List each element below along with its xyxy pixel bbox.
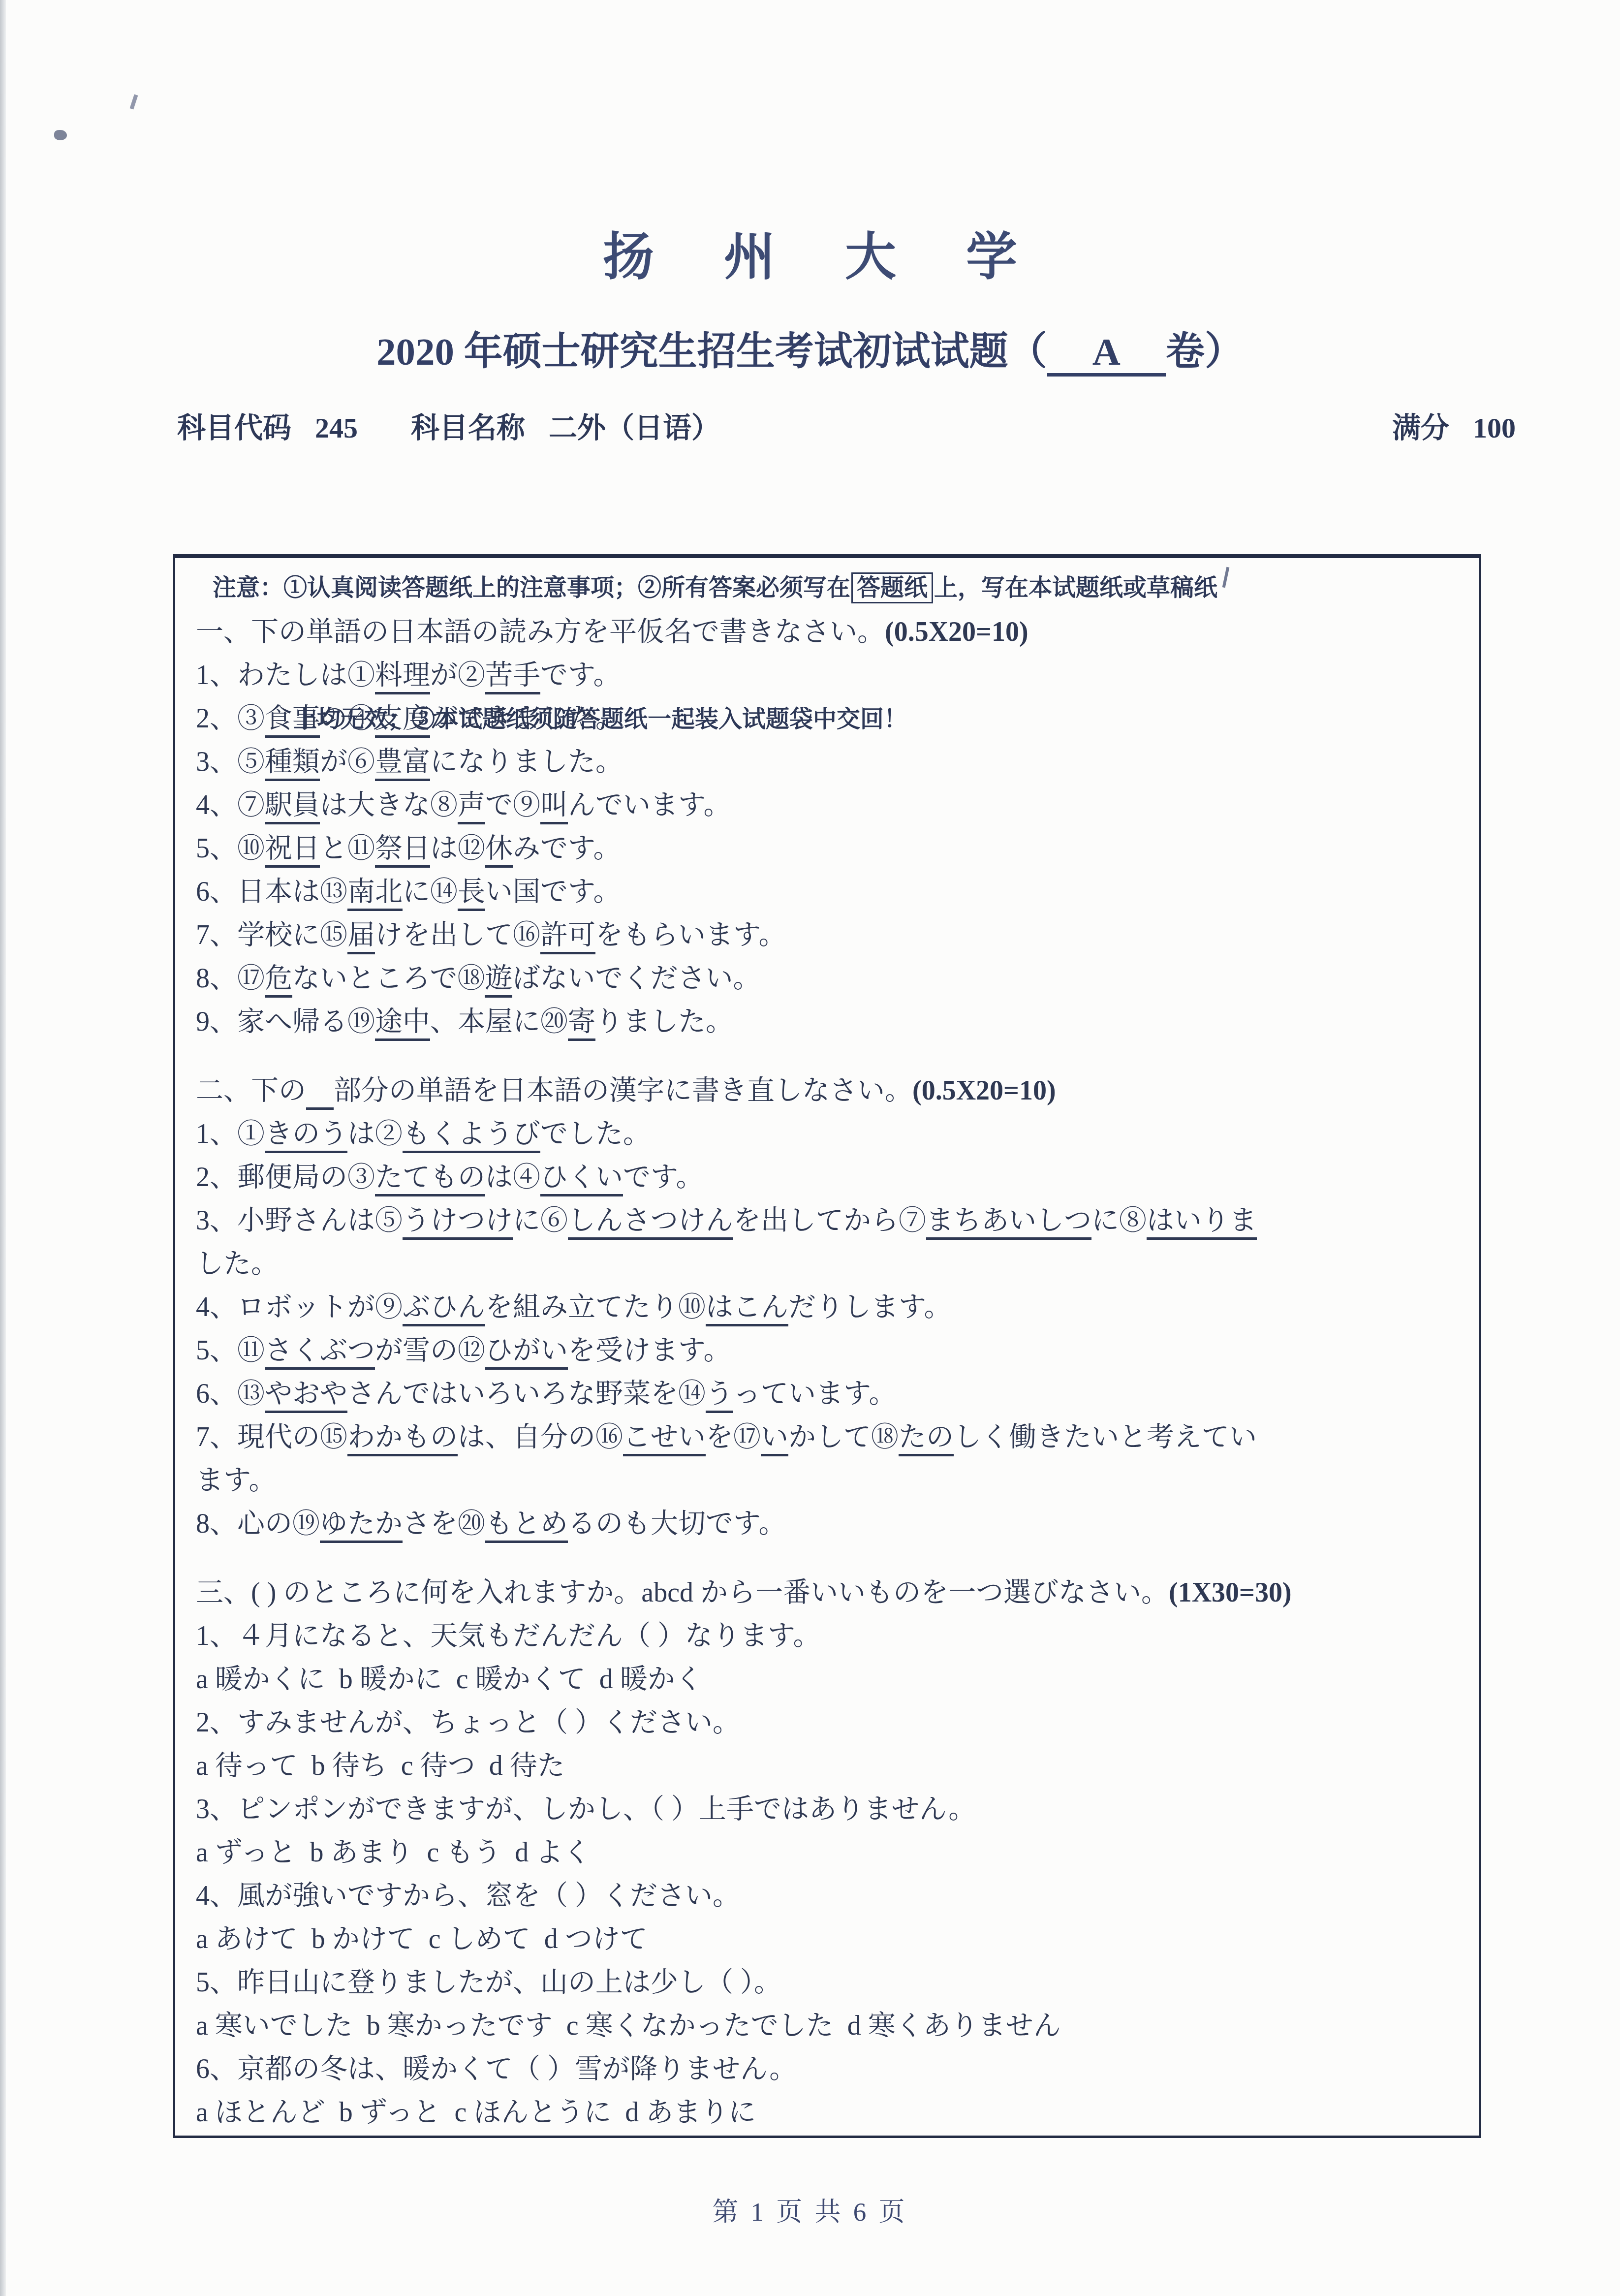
subject-name-value: 二外（日语） [549, 412, 720, 444]
subject-code-value: 245 [315, 412, 358, 444]
text-run: a 待って b 待ち c 待つ d 待た [196, 1751, 565, 1781]
exam-paper-page: 扬 州 大 学 2020 年硕士研究生招生考试初试试题（A卷） 科目代码245科… [0, 0, 1620, 2296]
text-run: a 寒いでした b 寒かったです c 寒くなかったでした d 寒くありません [196, 2011, 1061, 2041]
text-run: (0.5X20=10) [912, 1075, 1056, 1106]
text-run: ます。 [196, 1465, 277, 1496]
text-run: は⑫ [430, 833, 485, 864]
question-line: 5、⑪さくぶつが雪の⑫ひがいを受けます。 [196, 1329, 1464, 1372]
text-run: さを⑳ [403, 1509, 485, 1539]
underlined-term: 種類 [265, 747, 320, 781]
underlined-term: 寄 [568, 1006, 595, 1041]
text-run: を⑰ [706, 1422, 761, 1452]
question-line: 3、ピンポンができますが、しかし、（ ）上手ではありません。 [196, 1788, 1464, 1831]
text-run: 3、小野さんは⑤ [196, 1205, 403, 1236]
full-score-value: 100 [1473, 412, 1516, 444]
text-run: (1X30=30) [1169, 1577, 1292, 1608]
text-run: 8、心の⑲ [196, 1509, 320, 1539]
text-run: けを出して⑯ [375, 920, 540, 950]
subtitle-suffix: 卷） [1166, 331, 1244, 374]
underlined-term: 食事 [265, 703, 320, 738]
text-run: さんではいろいろな野菜を⑭ [347, 1379, 706, 1409]
text-run: で⑨ [485, 790, 540, 820]
text-run: した。 [196, 1249, 279, 1279]
question-line: 6、⑬やおやさんではいろいろな野菜を⑭うっています。 [196, 1372, 1464, 1415]
question-line: 4、ロボットが⑨ぶひんを組み立てたり⑩はこんだりします。 [196, 1286, 1464, 1329]
text-run: 3、ピンポンができますが、しかし、（ ）上手ではありません。 [196, 1794, 976, 1824]
text-run: ばないでください。 [512, 963, 760, 994]
underlined-term: やおや [265, 1379, 347, 1413]
exam-subtitle: 2020 年硕士研究生招生考试初试试题（A卷） [0, 320, 1620, 377]
underlined-term: 祭日 [375, 833, 430, 868]
text-run: 3、⑤ [196, 747, 265, 777]
question-line: 4、風が強いですから、窓を（ ）ください。 [196, 1874, 1464, 1918]
text-run: a 暖かくに b 暖かに c 暖かくて d 暖かく [196, 1664, 703, 1695]
underlined-term: ひがい [485, 1335, 568, 1370]
text-run: と⑪ [320, 833, 375, 864]
question-line: a ほとんど b ずっと c ほんとうに d あまりに [196, 2091, 1464, 2134]
text-run: に⑧ [1091, 1205, 1147, 1236]
underlined-term: う [706, 1379, 733, 1413]
question-line: a 待って b 待ち c 待つ d 待た [196, 1744, 1464, 1788]
underlined-term: しんさつけん [568, 1205, 733, 1240]
underlined-term: 長 [458, 877, 485, 911]
text-run: になりました。 [430, 747, 623, 777]
text-run: a ほとんど b ずっと c ほんとうに d あまりに [196, 2097, 756, 2128]
underlined-term: 許可 [540, 920, 595, 954]
question-line: 8、⑰危ないところで⑱遊ばないでください。 [196, 957, 1464, 1000]
question-line: 1、わたしは①料理が②苦手です。 [196, 654, 1464, 697]
subtitle-prefix: 2020 年硕士研究生招生考试初试试题（ [376, 331, 1047, 374]
question-line: した。 [196, 1242, 1464, 1286]
text-run: 三、( ) のところに何を入れますか。abcd から一番いいものを一つ選びなさい… [196, 1577, 1169, 1608]
question-line: 9、家へ帰る⑲途中、本屋に⑳寄りました。 [196, 1000, 1464, 1043]
subject-meta-row: 科目代码245科目名称二外（日语） 满分100 [177, 405, 1516, 446]
text-run: 4、⑦ [196, 790, 265, 820]
text-run: 5、⑪ [196, 1335, 265, 1366]
text-run: 1、わたしは① [196, 660, 375, 691]
underlined-term: 休 [485, 833, 513, 868]
paper-type-blank: A [1047, 332, 1166, 377]
text-run: ないところで⑱ [292, 963, 485, 994]
text-run: るのも大切です。 [568, 1509, 786, 1539]
text-run: んでいます。 [568, 790, 731, 820]
text-run: 部分の単語を日本語の漢字に書き直しなさい。 [334, 1075, 912, 1106]
text-run: かして⑱ [788, 1422, 899, 1452]
question-line: 8、心の⑲ゆたかさを⑳もとめるのも大切です。 [196, 1502, 1464, 1545]
underlined-term: きのう [265, 1119, 347, 1153]
text-run: 一、下の単語の日本語の読み方を平仮名で書きなさい。 [196, 617, 885, 647]
subject-meta-left: 科目代码245科目名称二外（日语） [177, 405, 720, 446]
text-run: の④ [320, 703, 375, 734]
text-run: い国です。 [485, 877, 621, 907]
text-run: 7、学校に⑮ [196, 920, 347, 950]
question-line: 2、すみませんが、ちょっと（ ）ください。 [196, 1701, 1464, 1744]
text-run: に⑥ [513, 1205, 568, 1236]
underlined-term: 料理 [375, 660, 430, 694]
text-run: 、本屋に⑳ [430, 1006, 568, 1037]
text-run: 6、京都の冬は、暖かくて（ ）雪が降りません。 [196, 2054, 797, 2084]
underlined-term: 南北 [347, 877, 403, 911]
underlined-term: わかもの [347, 1422, 458, 1456]
text-run: は④ [485, 1162, 540, 1193]
text-run: 5、昨日山に登りましたが、山の上は少し（ ）。 [196, 1967, 781, 1998]
question-line: 2、郵便局の③たてものは④ひくいです。 [196, 1156, 1464, 1199]
text-run: っています。 [733, 1379, 897, 1409]
underlined-term: もくようび [403, 1119, 540, 1153]
full-score-label: 满分 [1392, 412, 1449, 444]
underlined-term: 苦手 [485, 660, 540, 694]
underlined-term: もとめ [485, 1509, 568, 1543]
text-run: をもらいます。 [595, 920, 786, 950]
text-run: です。 [540, 660, 621, 691]
text-run: 6、⑬ [196, 1379, 265, 1409]
underlined-term: 途中 [375, 1006, 430, 1041]
text-run: を受けます。 [568, 1335, 731, 1366]
underlined-term: たの [899, 1422, 954, 1456]
text-run: 4、風が強いですから、窓を（ ）ください。 [196, 1881, 740, 1911]
underlined-term: 支度 [375, 703, 430, 738]
text-run: 2、すみませんが、ちょっと（ ）ください。 [196, 1707, 740, 1738]
question-line: ます。 [196, 1459, 1464, 1502]
text-run: です。 [623, 1162, 704, 1193]
text-run: (0.5X20=10) [885, 617, 1028, 647]
question-line: a 暖かくに b 暖かに c 暖かくて d 暖かく [196, 1658, 1464, 1701]
text-run: を出してから⑦ [733, 1205, 926, 1236]
scan-artifact-tick [130, 94, 138, 109]
question-line: 6、京都の冬は、暖かくて（ ）雪が降りません。 [196, 2047, 1464, 2091]
underlined-term: 危 [265, 963, 292, 998]
text-run: 8、⑰ [196, 963, 265, 994]
text-run: 5、⑩ [196, 833, 265, 864]
text-run: だりします。 [788, 1292, 952, 1322]
question-line: a ずっと b あまり c もう d よく [196, 1831, 1464, 1874]
underlined-term: 遊 [485, 963, 512, 998]
question-line: 5、⑩祝日と⑪祭日は⑫休みです。 [196, 827, 1464, 870]
underlined-term: うけつけ [403, 1205, 513, 1240]
question-content-box: 一、下の単語の日本語の読み方を平仮名で書きなさい。(0.5X20=10)1、わた… [173, 554, 1481, 2138]
text-run: 4、ロボットが⑨ [196, 1292, 403, 1322]
underlined-term: はこん [706, 1292, 788, 1326]
question-line: 3、小野さんは⑤うけつけに⑥しんさつけんを出してから⑦まちあいしつに⑧はいりま [196, 1199, 1464, 1242]
question-line: 7、現代の⑮わかものは、自分の⑯こせいを⑰いかして⑱たのしく働きたいと考えてい [196, 1415, 1464, 1459]
question-line: 1、４月になると、天気もだんだん（ ）なります。 [196, 1614, 1464, 1658]
text-run: 9、家へ帰る⑲ [196, 1006, 375, 1037]
text-run: を組み立てたり⑩ [485, 1292, 706, 1322]
underlined-term: 豊富 [375, 747, 430, 781]
paper-type-value: A [1092, 331, 1121, 374]
text-run: は② [347, 1119, 403, 1149]
text-run: 1、① [196, 1119, 265, 1149]
question-line: 3、⑤種類が⑥豊富になりました。 [196, 740, 1464, 784]
text-run: ができました。 [430, 703, 623, 734]
text-run: しく働きたいと考えてい [954, 1422, 1257, 1452]
question-line: 4、⑦駅員は大きな⑧声で⑨叫んでいます。 [196, 784, 1464, 827]
question-line: 6、日本は⑬南北に⑭長い国です。 [196, 870, 1464, 913]
text-run: 7、現代の⑮ [196, 1422, 347, 1452]
university-title: 扬 州 大 学 [0, 216, 1620, 289]
underlined-term: い [761, 1422, 788, 1456]
scan-artifact-dot [54, 130, 67, 140]
underlined-term: 叫 [540, 790, 568, 824]
underlined-term: 祝日 [265, 833, 320, 868]
question-line: 7、学校に⑮届けを出して⑯許可をもらいます。 [196, 913, 1464, 957]
text-run: a あけて b かけて c しめて d つけて [196, 1924, 648, 1954]
underlined-term: 声 [458, 790, 485, 824]
text-run: が⑥ [320, 747, 375, 777]
text-run: 2、③ [196, 703, 265, 734]
underlined-term: まちあいしつ [926, 1205, 1091, 1240]
underlined-term: ぶひん [403, 1292, 485, 1326]
text-run: 二、下の [196, 1075, 306, 1106]
underlined-term: ゆたか [320, 1509, 403, 1543]
subject-name-label: 科目名称 [411, 412, 525, 444]
text-run: a ずっと b あまり c もう d よく [196, 1837, 591, 1868]
text-run: 2、郵便局の③ [196, 1162, 375, 1193]
underlined-term: ひくい [540, 1162, 623, 1196]
text-run: みです。 [513, 833, 621, 864]
question-line: 2、③食事の④支度ができました。 [196, 697, 1464, 740]
page-number-footer: 第 1 页 共 6 页 [0, 2191, 1620, 2229]
subject-meta-right: 满分100 [1392, 405, 1516, 446]
question-line: a あけて b かけて c しめて d つけて [196, 1918, 1464, 1961]
text-run: に⑭ [403, 877, 458, 907]
question-area: 一、下の単語の日本語の読み方を平仮名で書きなさい。(0.5X20=10)1、わた… [175, 558, 1479, 2134]
underlined-term: さくぶつ [265, 1335, 375, 1370]
underlined-term: たてもの [375, 1162, 485, 1196]
section-heading: 二、下の 部分の単語を日本語の漢字に書き直しなさい。(0.5X20=10) [196, 1069, 1464, 1112]
text-run: 6、日本は⑬ [196, 877, 347, 907]
underlined-term: こせい [623, 1422, 706, 1456]
underlined-term: 駅員 [265, 790, 320, 824]
question-line: 5、昨日山に登りましたが、山の上は少し（ ）。 [196, 1961, 1464, 2004]
text-run: でした。 [540, 1119, 651, 1149]
text-run: は大きな⑧ [320, 790, 458, 820]
text-run: は、自分の⑯ [458, 1422, 623, 1452]
text-run: りました。 [595, 1006, 733, 1037]
underlined-term: はいりま [1147, 1205, 1257, 1240]
underlined-term: 届 [347, 920, 375, 954]
section-heading: 一、下の単語の日本語の読み方を平仮名で書きなさい。(0.5X20=10) [196, 610, 1464, 654]
question-line: a 寒いでした b 寒かったです c 寒くなかったでした d 寒くありません [196, 2004, 1464, 2047]
underlined-term [306, 1075, 334, 1110]
text-run: が② [430, 660, 485, 691]
text-run: 1、４月になると、天気もだんだん（ ）なります。 [196, 1621, 821, 1651]
section-heading: 三、( ) のところに何を入れますか。abcd から一番いいものを一つ選びなさい… [196, 1571, 1464, 1614]
subject-code-label: 科目代码 [177, 412, 291, 444]
question-line: 1、①きのうは②もくようびでした。 [196, 1112, 1464, 1156]
text-run: が雪の⑫ [375, 1335, 485, 1366]
